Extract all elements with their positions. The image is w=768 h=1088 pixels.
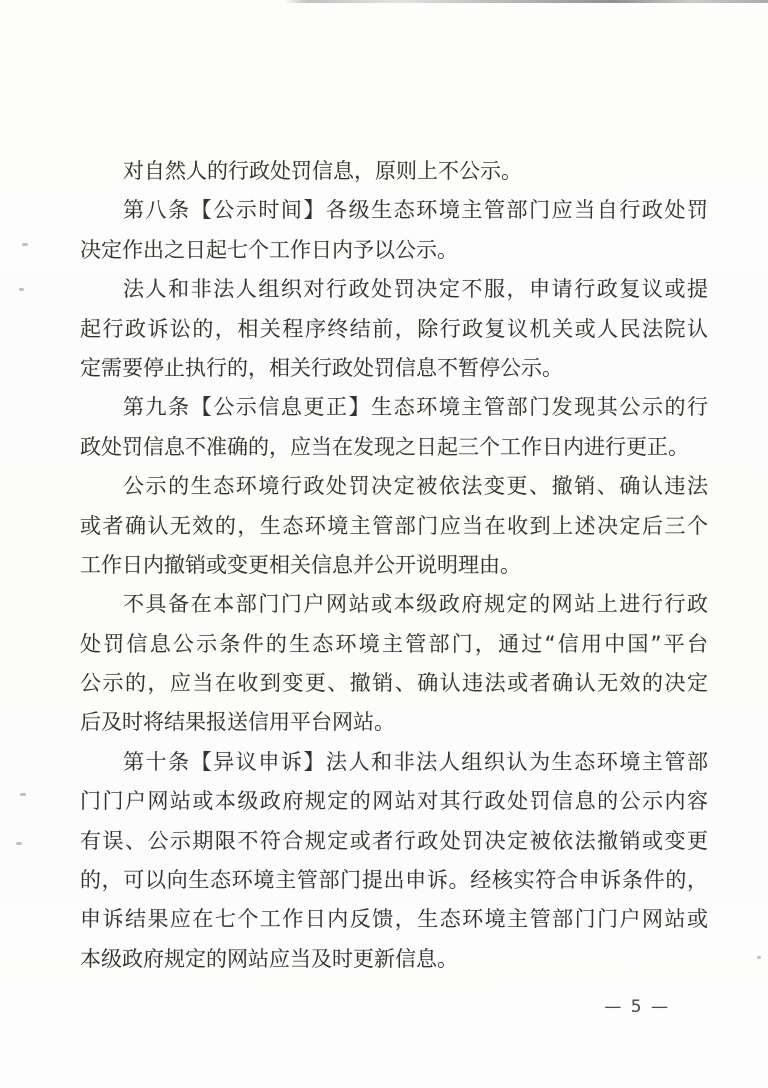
doc-line-06: 定需要停止执行的，相关行政处罚信息不暂停公示。: [80, 349, 708, 388]
scan-speck: [20, 793, 26, 796]
doc-line-14: 公示的，应当在收到变更、撤销、确认违法或者确认无效的决定: [80, 664, 708, 703]
article-8-heading-line: 第八条【公示时间】各级生态环境主管部门应当自行政处罚: [80, 191, 708, 230]
doc-line-03: 决定作出之日起七个工作日内予以公示。: [80, 231, 708, 270]
doc-line-10: 或者确认无效的，生态环境主管部门应当在收到上述决定后三个: [80, 507, 708, 546]
doc-line-17: 门门户网站或本级政府规定的网站对其行政处罚信息的公示内容: [80, 782, 708, 821]
doc-line-11: 工作日内撤销或变更相关信息并公开说明理由。: [80, 546, 708, 585]
scan-speck: [22, 243, 28, 246]
document-text: 对自然人的行政处罚信息，原则上不公示。 第八条【公示时间】各级生态环境主管部门应…: [80, 152, 708, 979]
doc-line-12: 不具备在本部门门户网站或本级政府规定的网站上进行行政: [80, 585, 708, 624]
doc-line-01: 对自然人的行政处罚信息，原则上不公示。: [80, 152, 708, 191]
doc-line-05: 起行政诉讼的，相关程序终结前，除行政复议机关或人民法院认: [80, 310, 708, 349]
scan-speck: [16, 842, 22, 845]
doc-line-20: 申诉结果应在七个工作日内反馈，生态环境主管部门门户网站或: [80, 900, 708, 939]
article-10-heading-line: 第十条【异议申诉】法人和非法人组织认为生态环境主管部: [80, 743, 708, 782]
doc-line-04: 法人和非法人组织对行政处罚决定不服，申请行政复议或提: [80, 270, 708, 309]
doc-line-08: 政处罚信息不准确的，应当在发现之日起三个工作日内进行更正。: [80, 428, 708, 467]
doc-line-18: 有误、公示期限不符合规定或者行政处罚决定被依法撤销或变更: [80, 822, 708, 861]
doc-line-19: 的，可以向生态环境主管部门提出申诉。经核实符合申诉条件的，: [80, 861, 708, 900]
article-9-heading-line: 第九条【公示信息更正】生态环境主管部门发现其公示的行: [80, 388, 708, 427]
page-sheet: 对自然人的行政处罚信息，原则上不公示。 第八条【公示时间】各级生态环境主管部门应…: [0, 0, 768, 1088]
scan-artifact-top-edge: [0, 0, 768, 3]
doc-line-13: 处罚信息公示条件的生态环境主管部门，通过“信用中国”平台: [80, 625, 708, 664]
scan-speck: [757, 956, 761, 959]
doc-line-15: 后及时将结果报送信用平台网站。: [80, 703, 708, 742]
page-number: — 5 —: [604, 997, 670, 1017]
doc-line-09: 公示的生态环境行政处罚决定被依法变更、撤销、确认违法: [80, 467, 708, 506]
scan-speck: [19, 288, 24, 291]
doc-line-21: 本级政府规定的网站应当及时更新信息。: [80, 940, 708, 979]
